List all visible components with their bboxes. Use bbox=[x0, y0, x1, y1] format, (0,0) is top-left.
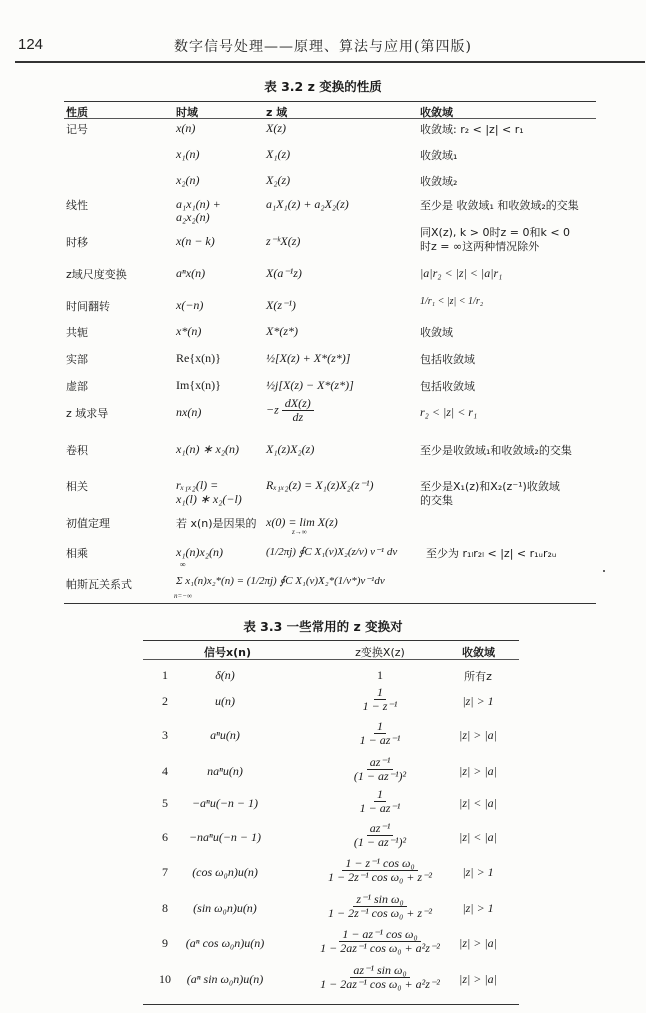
pair-signal: (aⁿ sin ω₀n)u(n) bbox=[175, 972, 275, 987]
fraction-denominator: 1 − 2z⁻¹ cos ω₀ + z⁻² bbox=[325, 871, 435, 884]
row-zdomain: X(z⁻¹) bbox=[266, 298, 296, 313]
row-roc: 收敛域₁ bbox=[420, 147, 457, 163]
fraction-numerator: 1 bbox=[374, 686, 386, 700]
pair-roc: |z| > 1 bbox=[448, 694, 508, 709]
table-3-2-bottom-rule bbox=[64, 603, 596, 604]
pair-transform: az⁻¹(1 − az⁻¹)² bbox=[290, 756, 470, 783]
row-roc: 包括收敛域 bbox=[420, 351, 475, 367]
row-property: 相乘 bbox=[66, 545, 88, 561]
table-3-3-bottom-rule bbox=[143, 1004, 519, 1005]
fraction-denominator: 1 − 2az⁻¹ cos ω₀ + a²z⁻² bbox=[317, 942, 443, 955]
row-property: 线性 bbox=[66, 197, 88, 213]
pair-signal: δ(n) bbox=[175, 668, 275, 683]
row-zdomain: a₁X₁(z) + a₂X₂(z) bbox=[266, 197, 349, 212]
pair-roc: |z| > 1 bbox=[448, 865, 508, 880]
col-header-z-transform: z变换X(z) bbox=[330, 644, 430, 660]
row-property: 共轭 bbox=[66, 324, 88, 340]
pair-number: 8 bbox=[155, 901, 175, 916]
row-zdomain: (1/2πj) ∮C X₁(v)X₂(z/v) v⁻¹ dv bbox=[266, 545, 397, 558]
row-time: rₓ₁ₓ₂(l) = bbox=[176, 478, 218, 493]
row-property: 卷积 bbox=[66, 442, 88, 458]
pair-transform: 1 bbox=[290, 668, 470, 683]
row-property: 虚部 bbox=[66, 378, 88, 394]
derivative-fraction: dX(z)dz bbox=[282, 397, 314, 424]
row-zdomain: X*(z*) bbox=[266, 324, 298, 339]
pair-signal: (aⁿ cos ω₀n)u(n) bbox=[175, 936, 275, 951]
row-roc: 至少为 r₁ₗr₂ₗ < |z| < r₁ᵤr₂ᵤ bbox=[426, 545, 556, 561]
pair-signal: u(n) bbox=[175, 694, 275, 709]
fraction-numerator: dX(z) bbox=[282, 397, 314, 411]
row-property: 时间翻转 bbox=[66, 298, 110, 314]
roc-lower-bound: 1/r₁ bbox=[420, 296, 435, 307]
pair-number: 3 bbox=[155, 728, 175, 743]
header-divider bbox=[15, 61, 645, 63]
row-roc: r₂ < |z| < r₁ bbox=[420, 405, 477, 420]
row-roc: 至少是 收敛域₁ 和收敛域₂的交集 bbox=[420, 197, 579, 213]
row-property: 时移 bbox=[66, 234, 88, 250]
row-property: z域尺度变换 bbox=[66, 266, 127, 282]
fraction-denominator: 1 − z⁻¹ bbox=[360, 700, 401, 713]
stray-mark bbox=[603, 570, 605, 572]
pair-number: 6 bbox=[155, 830, 175, 845]
row-time-cont: a₂x₂(n) bbox=[176, 210, 210, 225]
row-zdomain: X(z) bbox=[266, 121, 286, 136]
row-zdomain: X₁(z)X₂(z) bbox=[266, 442, 314, 457]
pair-transform: 11 − z⁻¹ bbox=[290, 686, 470, 713]
pair-number: 10 bbox=[155, 972, 175, 987]
pair-transform: az⁻¹(1 − az⁻¹)² bbox=[290, 822, 470, 849]
row-zdomain: X(a⁻¹z) bbox=[266, 266, 302, 281]
table-3-3-header-rule bbox=[143, 659, 519, 660]
row-time: Re{x(n)} bbox=[176, 351, 221, 366]
sum-lower-limit: n=−∞ bbox=[174, 592, 192, 600]
row-zdomain: Rₓ₁ₓ₂(z) = X₁(z)X₂(z⁻¹) bbox=[266, 478, 374, 493]
fraction-denominator: (1 − az⁻¹)² bbox=[351, 836, 409, 849]
row-roc: |a|r₂ < |z| < |a|r₁ bbox=[420, 266, 502, 281]
row-time: x₂(n) bbox=[176, 173, 200, 188]
fraction-denominator: dz bbox=[289, 411, 306, 424]
pair-transform: 1 − az⁻¹ cos ω₀1 − 2az⁻¹ cos ω₀ + a²z⁻² bbox=[290, 928, 470, 955]
row-time: aⁿx(n) bbox=[176, 266, 205, 281]
table-3-2-caption: 表 3.2 z 变换的性质 bbox=[0, 77, 646, 95]
fraction-numerator: 1 − az⁻¹ cos ω₀ bbox=[339, 928, 420, 942]
col-header-roc: 收敛域 bbox=[462, 644, 495, 660]
fraction-denominator: 1 − az⁻¹ bbox=[357, 802, 404, 815]
fraction-numerator: az⁻¹ bbox=[367, 756, 394, 770]
pair-transform: 1 − z⁻¹ cos ω₀1 − 2z⁻¹ cos ω₀ + z⁻² bbox=[290, 857, 470, 884]
row-zdomain: Σ x₁(n)x₂*(n) = (1/2πj) ∮C X₁(v)X₂*(1/v*… bbox=[176, 574, 385, 587]
row-property: 初值定理 bbox=[66, 515, 110, 531]
pair-roc: |z| > |a| bbox=[448, 972, 508, 987]
row-roc: 收敛域₂ bbox=[420, 173, 457, 189]
roc-upper-bound: 1/r₂ bbox=[468, 296, 483, 307]
fraction-denominator: 1 − 2az⁻¹ cos ω₀ + a²z⁻² bbox=[317, 978, 443, 991]
row-time: 若 x(n)是因果的 bbox=[176, 515, 257, 531]
row-roc: 收敛域: r₂ < |z| < r₁ bbox=[420, 121, 524, 137]
pair-number: 7 bbox=[155, 865, 175, 880]
row-roc-cont: 时z = ∞这两种情况除外 bbox=[420, 238, 539, 254]
pair-number: 1 bbox=[155, 668, 175, 683]
row-zdomain: X₂(z) bbox=[266, 173, 290, 188]
row-property: z 域求导 bbox=[66, 405, 108, 421]
pair-roc: |z| > |a| bbox=[448, 728, 508, 743]
table-3-2-header-rule bbox=[64, 118, 596, 119]
table-3-2-top-rule bbox=[64, 101, 596, 102]
row-time: x₁(n)x₂(n) bbox=[176, 545, 223, 560]
pair-number: 2 bbox=[155, 694, 175, 709]
row-roc: 至少是收敛域₁和收敛域₂的交集 bbox=[420, 442, 572, 458]
pair-roc: |z| > |a| bbox=[448, 936, 508, 951]
row-property: 记号 bbox=[66, 121, 88, 137]
fraction-numerator: 1 bbox=[374, 788, 386, 802]
row-time: x(n) bbox=[176, 121, 195, 136]
fraction-denominator: 1 − az⁻¹ bbox=[357, 734, 404, 747]
col-header-signal: 信号x(n) bbox=[204, 644, 251, 660]
roc-relation: < |z| < bbox=[435, 296, 468, 307]
fraction-numerator: 1 bbox=[374, 720, 386, 734]
zdomain-prefix: −z bbox=[266, 402, 279, 416]
pair-signal: aⁿu(n) bbox=[175, 728, 275, 743]
pair-roc: |z| > |a| bbox=[448, 764, 508, 779]
pair-number: 5 bbox=[155, 796, 175, 811]
pair-transform: 11 − az⁻¹ bbox=[290, 788, 470, 815]
fraction-numerator: 1 − z⁻¹ cos ω₀ bbox=[342, 857, 417, 871]
row-zdomain: X₁(z) bbox=[266, 147, 290, 162]
fraction-numerator: az⁻¹ sin ω₀ bbox=[350, 964, 409, 978]
pair-roc: |z| > 1 bbox=[448, 901, 508, 916]
row-time: x(n − k) bbox=[176, 234, 215, 249]
pair-signal: −naⁿu(−n − 1) bbox=[175, 830, 275, 845]
pair-signal: naⁿu(n) bbox=[175, 764, 275, 779]
pair-signal: −aⁿu(−n − 1) bbox=[175, 796, 275, 811]
limit-subscript: z→∞ bbox=[292, 528, 307, 536]
pair-number: 4 bbox=[155, 764, 175, 779]
row-zdomain: ½j[X(z) − X*(z*)] bbox=[266, 378, 354, 393]
pair-transform: 11 − az⁻¹ bbox=[290, 720, 470, 747]
row-time: x*(n) bbox=[176, 324, 201, 339]
fraction-numerator: z⁻¹ sin ω₀ bbox=[353, 893, 406, 907]
pair-signal: (cos ω₀n)u(n) bbox=[175, 865, 275, 880]
fraction-numerator: az⁻¹ bbox=[367, 822, 394, 836]
row-time: x(−n) bbox=[176, 298, 203, 313]
pair-roc: 所有z bbox=[448, 668, 508, 684]
pair-roc: |z| < |a| bbox=[448, 830, 508, 845]
row-roc: 收敛域 bbox=[420, 324, 453, 340]
row-roc: 包括收敛域 bbox=[420, 378, 475, 394]
row-roc: 1/r₁ < |z| < 1/r₂ bbox=[420, 296, 483, 307]
row-time: x₁(n) bbox=[176, 147, 200, 162]
row-time: nx(n) bbox=[176, 405, 201, 420]
pair-transform: z⁻¹ sin ω₀1 − 2z⁻¹ cos ω₀ + z⁻² bbox=[290, 893, 470, 920]
fraction-denominator: (1 − az⁻¹)² bbox=[351, 770, 409, 783]
row-zdomain: z⁻ᵏX(z) bbox=[266, 234, 300, 249]
row-zdomain: −z dX(z)dz bbox=[266, 397, 314, 424]
pair-transform: az⁻¹ sin ω₀1 − 2az⁻¹ cos ω₀ + a²z⁻² bbox=[290, 964, 470, 991]
row-zdomain: ½[X(z) + X*(z*)] bbox=[266, 351, 350, 366]
table-3-3-top-rule bbox=[143, 640, 519, 641]
running-title: 数字信号处理——原理、算法与应用(第四版) bbox=[0, 36, 646, 56]
pair-number: 9 bbox=[155, 936, 175, 951]
fraction-denominator: 1 − 2z⁻¹ cos ω₀ + z⁻² bbox=[325, 907, 435, 920]
row-time: x₁(n) ∗ x₂(n) bbox=[176, 442, 239, 457]
row-roc-cont: 的交集 bbox=[420, 492, 453, 508]
row-property: 实部 bbox=[66, 351, 88, 367]
sum-upper-limit: ∞ bbox=[180, 560, 186, 569]
row-property: 帕斯瓦关系式 bbox=[66, 576, 132, 592]
row-time-cont: x₁(l) ∗ x₂(−l) bbox=[176, 492, 242, 507]
row-time: Im{x(n)} bbox=[176, 378, 221, 393]
row-property: 相关 bbox=[66, 478, 88, 494]
pair-roc: |z| < |a| bbox=[448, 796, 508, 811]
pair-signal: (sin ω₀n)u(n) bbox=[175, 901, 275, 916]
table-3-3-caption: 表 3.3 一些常用的 z 变换对 bbox=[0, 617, 646, 635]
